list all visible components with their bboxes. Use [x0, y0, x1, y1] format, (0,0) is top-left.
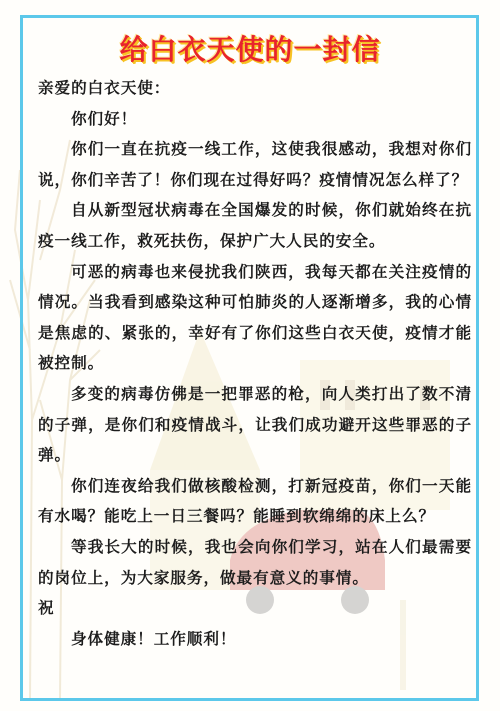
salutation: 亲爱的白衣天使：: [38, 73, 472, 104]
letter-title: 给白衣天使的一封信: [0, 28, 500, 68]
wishes: 身体健康！工作顺利！: [38, 624, 472, 655]
paragraph-5: 你们连夜给我们做核酸检测，打新冠疫苗，你们一天能有水喝？能吃上一日三餐吗？能睡到…: [38, 471, 472, 532]
closing: 祝: [38, 593, 472, 624]
paragraph-4: 多变的病毒仿佛是一把罪恶的枪，向人类打出了数不清的子弹，是你们和疫情战斗，让我们…: [38, 379, 472, 471]
letter-body: 亲爱的白衣天使： 你们好！ 你们一直在抗疫一线工作，这使我很感动，我想对你们说，…: [38, 73, 472, 654]
greeting: 你们好！: [38, 104, 472, 135]
paragraph-2: 自从新型冠状病毒在全国爆发的时候，你们就始终在抗疫一线工作，救死扶伤，保护广大人…: [38, 195, 472, 256]
paragraph-1: 你们一直在抗疫一线工作，这使我很感动，我想对你们说，你们辛苦了！你们现在过得好吗…: [38, 134, 472, 195]
paragraph-6: 等我长大的时候，我也会向你们学习，站在人们最需要的岗位上，为大家服务，做最有意义…: [38, 532, 472, 593]
paragraph-3: 可恶的病毒也来侵扰我们陕西，我每天都在关注疫情的情况。当我看到感染这种可怕肺炎的…: [38, 257, 472, 379]
